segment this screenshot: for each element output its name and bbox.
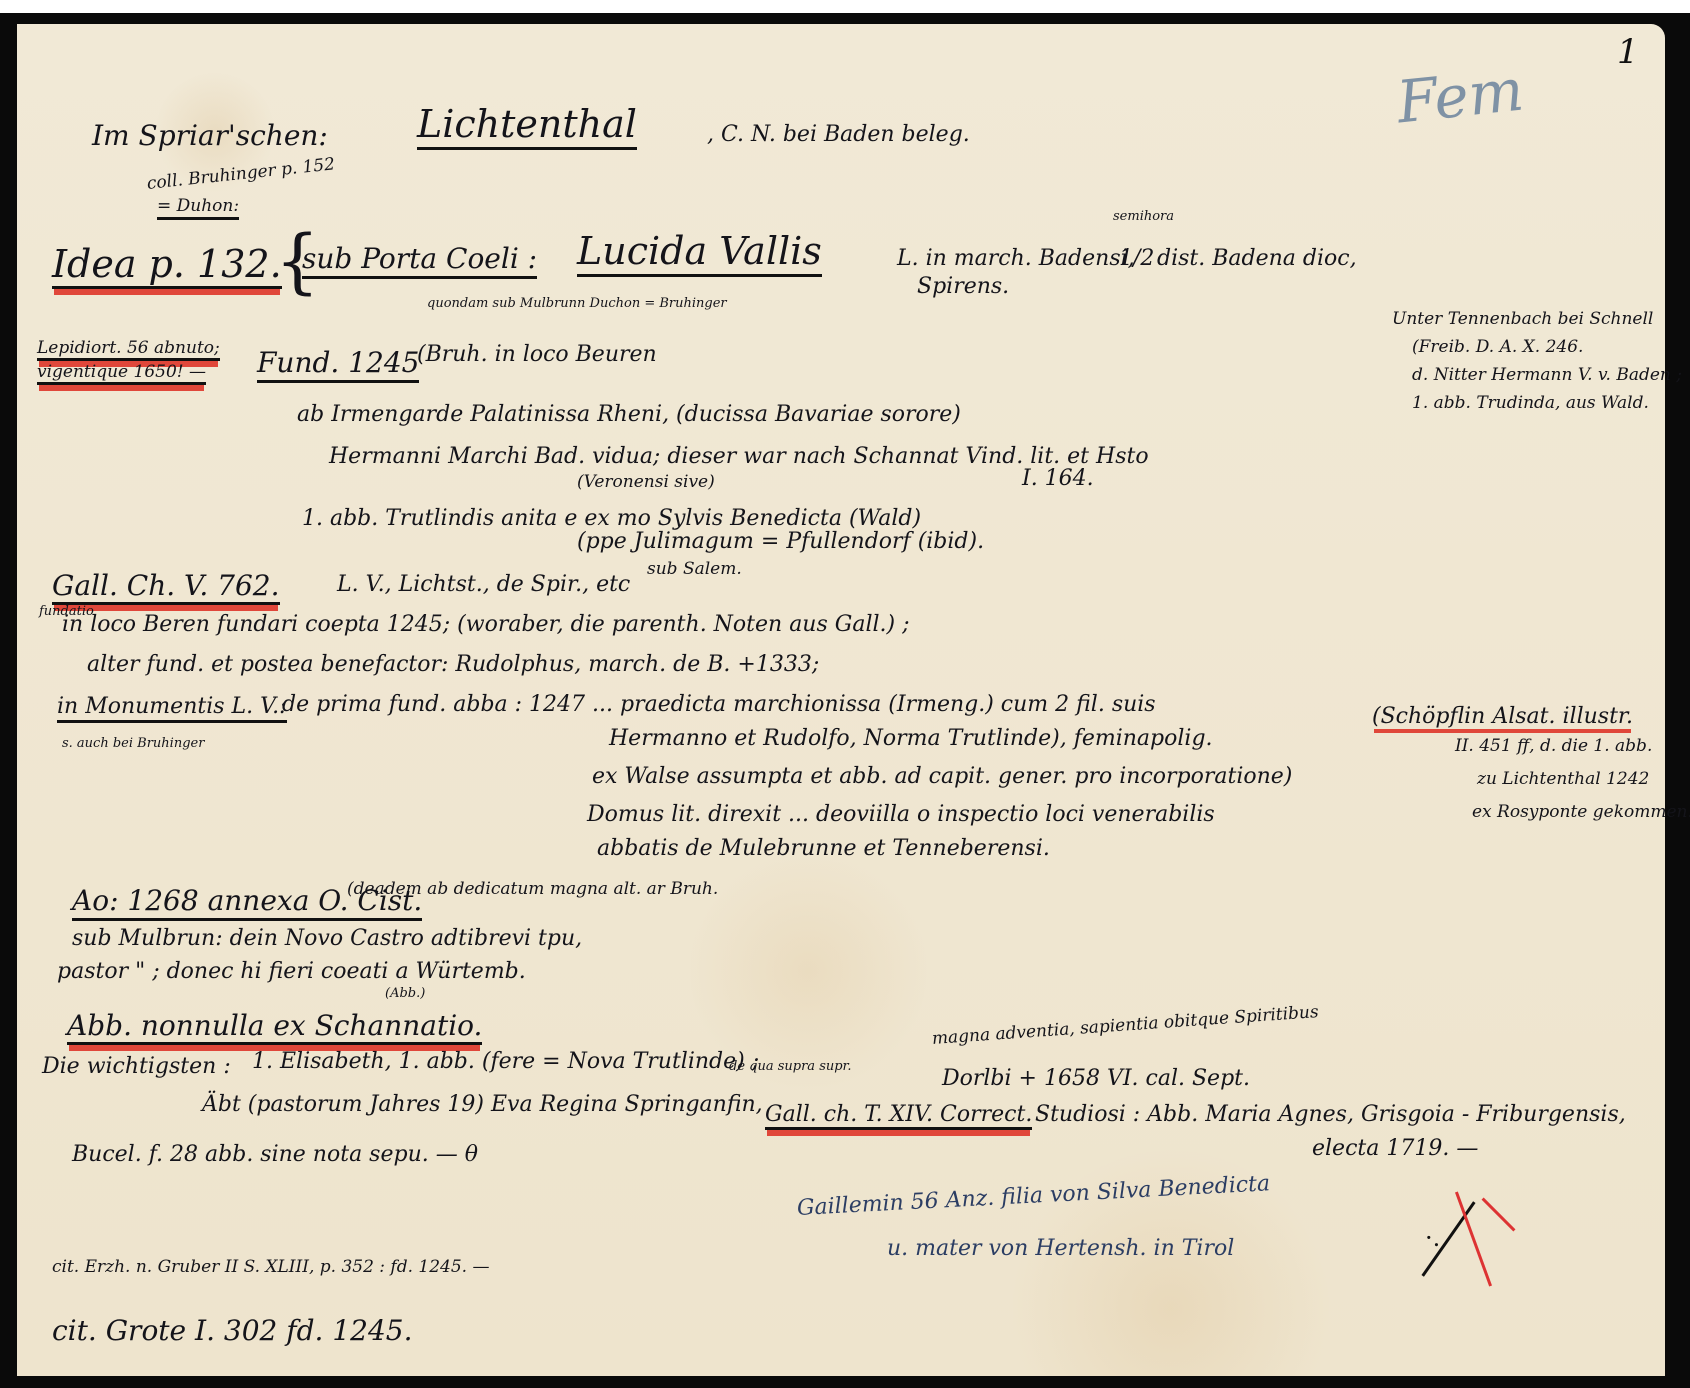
abb-line-2-rest: Dorlbi + 1658 VI. cal. Sept. bbox=[942, 1066, 1250, 1091]
margin-lepidiort-text: Lepidiort. 56 abnuto; vigentique 1650! — bbox=[37, 338, 220, 385]
distance-text: dist. Badena dioc, bbox=[1157, 246, 1357, 271]
gall-correct-rest: Studiosi : Abb. Maria Agnes, Grisgoia - … bbox=[1035, 1102, 1626, 1127]
gall-correct-rest-2: electa 1719. — bbox=[1312, 1136, 1478, 1161]
margin-note-line: d. Nitter Hermann V. v. Baden ; bbox=[1412, 365, 1682, 385]
idea-ref: Idea p. 132. bbox=[52, 242, 282, 289]
bucel-line: Bucel. f. 28 abb. sine nota sepu. — θ bbox=[72, 1142, 478, 1167]
gall-correct-ref: Gall. ch. T. XIV. Correct. bbox=[765, 1102, 1032, 1130]
schoepflin-ref-2: II. 451 ff, d. die 1. abb. bbox=[1455, 736, 1652, 756]
gall-ref: Gall. Ch. V. 762. bbox=[52, 569, 280, 605]
abb-sub-note: de qua supra supr. bbox=[729, 1059, 851, 1074]
dioc-spirens: Spirens. bbox=[917, 274, 1009, 299]
note-bruhinger: coll. Bruhinger p. 152 bbox=[146, 154, 336, 194]
schoepflin-ref: (Schöpflin Alsat. illustr. bbox=[1372, 704, 1633, 729]
header-prefix: Im Spriar'schen: bbox=[92, 119, 328, 152]
semihora-note: semihora bbox=[1113, 209, 1174, 224]
ao-1268-rest: (deadem ab dedicatum magna alt. ar Bruh. bbox=[347, 879, 718, 899]
margin-note-line: Unter Tennenbach bei Schnell bbox=[1392, 309, 1653, 329]
abb-line-1-rest: magna adventia, sapientia obitque Spirit… bbox=[931, 1002, 1319, 1049]
abb-line-2: Äbt (pastorum Jahres 19) Eva Regina Spri… bbox=[202, 1092, 763, 1117]
margin-note-line: (Freib. D. A. X. 246. bbox=[1412, 337, 1583, 357]
check-mark-red-tip-icon bbox=[1482, 1198, 1516, 1232]
abbot-note: (Abb.) bbox=[385, 986, 425, 1001]
gall-line-2: in loco Beren fundari coepta 1245; (wora… bbox=[62, 612, 910, 637]
margin-note-line: 1. abb. Trudinda, aus Wald. bbox=[1412, 393, 1649, 413]
gall-ref-rest: L. V., Lichtst., de Spir., etc bbox=[337, 572, 630, 597]
citation-1: cit. Erzh. n. Gruber II S. XLIII, p. 352… bbox=[52, 1257, 489, 1277]
citation-2: cit. Grote I. 302 fd. 1245. bbox=[52, 1314, 412, 1347]
lucida-vallis-title: Lucida Vallis bbox=[577, 229, 822, 277]
document-page: 1 Fem Im Spriar'schen: Lichtenthal , C. … bbox=[17, 24, 1665, 1376]
gall-line-6: ex Walse assumpta et abb. ad capit. gene… bbox=[592, 764, 1292, 789]
margin-lepidiort: Lepidiort. 56 abnuto; vigentique 1650! — bbox=[37, 336, 237, 384]
abb-trutlindis-line: 1. abb. Trutlindis anita e ex mo Sylvis … bbox=[302, 506, 921, 531]
gall-line-8: abbatis de Mulebrunne et Tenneberensi. bbox=[597, 836, 1050, 861]
page-number: 1 bbox=[1617, 32, 1639, 72]
monumentis-sub: s. auch bei Bruhinger bbox=[62, 736, 204, 751]
fraction: 1/2 bbox=[1119, 246, 1154, 271]
hermanni-ref: I. 164. bbox=[1022, 466, 1094, 491]
ao-1268-line-2: sub Mulbrun: dein Novo Castro adtibrevi … bbox=[72, 926, 582, 951]
sub-porta-coeli: sub Porta Coeli : bbox=[302, 242, 537, 279]
header-suffix: , C. N. bei Baden beleg. bbox=[707, 122, 970, 147]
fund-paren: (Bruh. in loco Beuren bbox=[417, 342, 657, 367]
abb-line-1-prefix: Die wichtigsten : bbox=[42, 1054, 231, 1079]
schoepflin-ref-4: ex Rosyponte gekommen. bbox=[1472, 802, 1690, 822]
note-duhon: = Duhon: bbox=[157, 196, 239, 220]
monumentis-ref: in Monumentis L. V.: bbox=[57, 694, 287, 723]
ao-1268-line-3: pastor " ; donec hi fieri coeati a Würte… bbox=[57, 959, 526, 984]
schoepflin-ref-3: zu Lichtenthal 1242 bbox=[1477, 769, 1649, 789]
blue-note-2: u. mater von Hertensh. in Tirol bbox=[887, 1236, 1234, 1261]
abb-heading: Abb. nonnulla ex Schannatio. bbox=[67, 1009, 482, 1045]
abb-sub-salem: sub Salem. bbox=[647, 559, 742, 579]
abb-sub-line: (ppe Julimagum = Pfullendorf (ibid). bbox=[577, 529, 984, 554]
gall-line-5: Hermanno et Rudolfo, Norma Trutlinde), f… bbox=[609, 726, 1213, 751]
dot-mark-icon: ·. bbox=[1425, 1224, 1440, 1252]
veronensi-note: (Veronensi sive) bbox=[577, 472, 715, 492]
gall-line-7: Domus lit. direxit ... deoviilla o inspe… bbox=[587, 802, 1215, 827]
header-title: Lichtenthal bbox=[417, 102, 637, 150]
blue-note-1: Gaillemin 56 Anz. filia von Silva Benedi… bbox=[796, 1171, 1270, 1221]
idea-sub-note: quondam sub Mulbrunn Duchon = Bruhinger bbox=[427, 296, 727, 311]
idea-line-rest: L. in march. Badensi, bbox=[897, 246, 1135, 271]
gall-line-3: alter fund. et postea benefactor: Rudolp… bbox=[87, 652, 819, 677]
stamp-mark: Fem bbox=[1394, 56, 1527, 137]
ab-irmengarde-line: ab Irmengarde Palatinissa Rheni, (duciss… bbox=[297, 402, 961, 427]
fund-year: Fund. 1245 bbox=[257, 346, 419, 383]
abb-line-1: 1. Elisabeth, 1. abb. (fere = Nova Trutl… bbox=[252, 1049, 759, 1074]
monumentis-rest: de prima fund. abba : 1247 ... praedicta… bbox=[282, 692, 1156, 717]
